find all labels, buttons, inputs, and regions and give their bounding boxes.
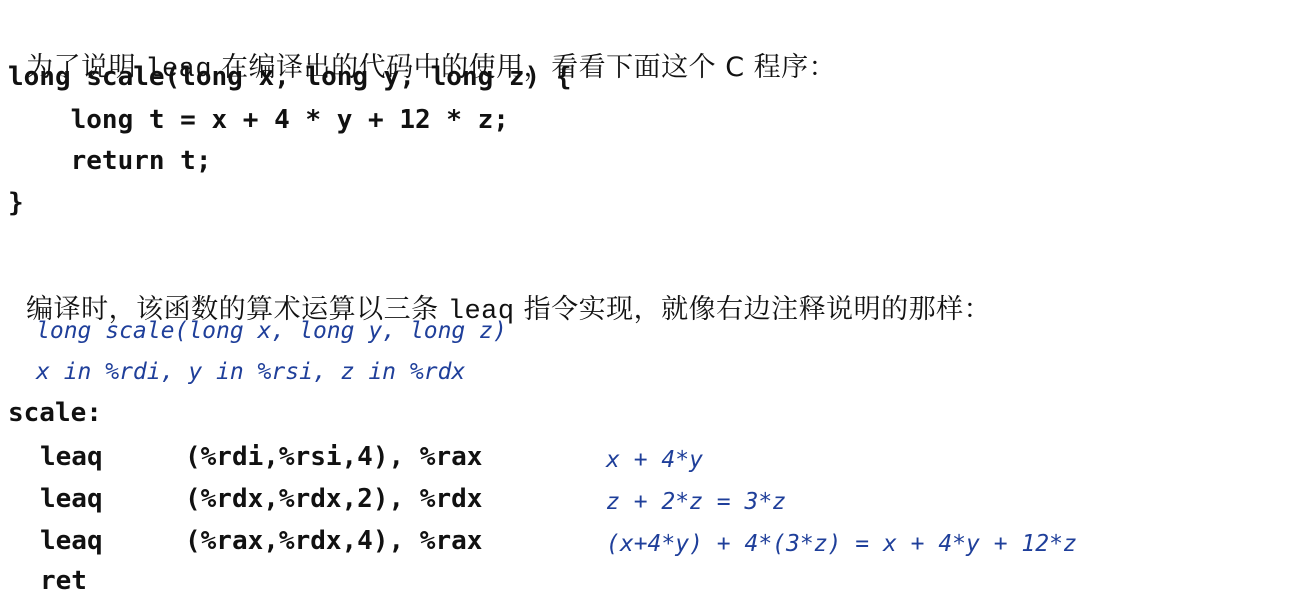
asm-operands: (%rdx,%rdx,2), %rdx [185, 484, 482, 514]
asm-header-comment: long scale(long x, long y, long z) [36, 318, 507, 344]
c-code-line: long t = x + 4 * y + 12 * z; [8, 105, 509, 135]
asm-operands: (%rax,%rdx,4), %rax [185, 526, 482, 556]
explanation-paragraph: 编译时，该函数的算术运算以三条 leaq 指令实现，就像右边注释说明的那样： [8, 256, 991, 327]
asm-label: scale: [8, 398, 102, 428]
asm-opcode: leaq [40, 526, 103, 556]
asm-comment: z + 2*z = 3*z [606, 489, 786, 515]
asm-opcode: leaq [40, 442, 103, 472]
asm-opcode: leaq [40, 484, 103, 514]
explanation-text-after: 指令实现，就像右边注释说明的那样： [515, 294, 992, 325]
asm-opcode: ret [40, 566, 87, 596]
c-code-line: } [8, 188, 24, 218]
asm-header-comment: x in %rdi, y in %rsi, z in %rdx [36, 359, 465, 385]
asm-comment: x + 4*y [606, 447, 703, 473]
c-code-line: return t; [8, 146, 212, 176]
asm-operands: (%rdi,%rsi,4), %rax [185, 442, 482, 472]
asm-comment: (x+4*y) + 4*(3*z) = x + 4*y + 12*z [606, 531, 1077, 557]
c-code-line: long scale(long x, long y, long z) { [8, 62, 572, 92]
